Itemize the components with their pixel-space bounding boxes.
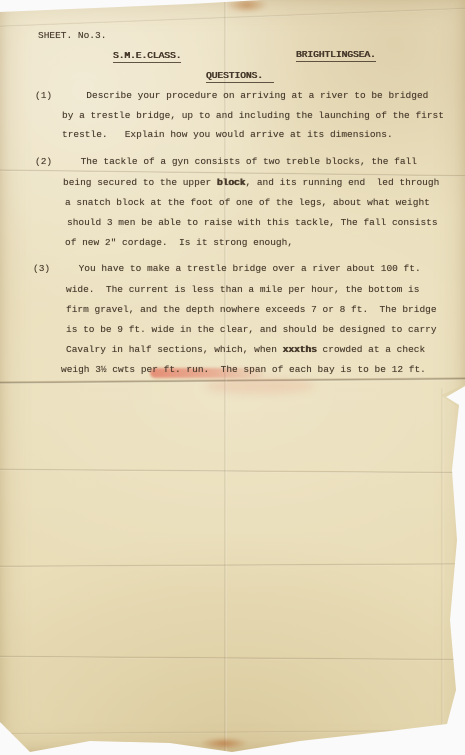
class-heading: S.M.E.CLASS.	[113, 50, 181, 62]
question-1-line-2: by a trestle bridge, up to and including…	[62, 110, 444, 122]
question-3-line-4: is to be 9 ft. wide in the clear, and sh…	[66, 324, 437, 336]
underlined-text: QUESTIONS.	[206, 70, 274, 83]
paper-sheet: SHEET. No.3.S.M.E.CLASS.BRIGHTLINGSEA.QU…	[0, 0, 465, 755]
text-segment: crowded at a check	[317, 344, 425, 355]
underlined-text: S.M.E.CLASS.	[113, 50, 181, 63]
red-pencil-smudge	[205, 378, 315, 394]
question-2-line-2: being secured to the upper block, and it…	[63, 177, 439, 189]
fold-crease-4	[0, 563, 465, 568]
text-segment: wide. The current is less than a mile pe…	[66, 284, 419, 295]
text-segment: , and its running end led through	[245, 177, 439, 188]
question-2-line-4: should 3 men be able to raise with this …	[67, 217, 438, 229]
text-segment: (2) The tackle of a gyn consists of two …	[35, 156, 417, 167]
question-2-line-5: of new 2" cordage. Is it strong enough,	[65, 237, 293, 249]
stain-bottom	[200, 737, 248, 750]
question-2-line-3: a snatch block at the foot of one of the…	[65, 197, 430, 209]
questions-heading: QUESTIONS.	[206, 70, 274, 82]
fold-crease-1	[0, 169, 465, 177]
text-segment: is to be 9 ft. wide in the clear, and sh…	[66, 324, 437, 335]
text-segment: by a trestle bridge, up to and including…	[62, 110, 444, 121]
question-3-line-2: wide. The current is less than a mile pe…	[66, 284, 419, 296]
fold-crease-5	[0, 655, 465, 660]
text-segment: (3) You have to make a trestle bridge ov…	[33, 263, 421, 274]
text-segment: (1) Describe your procedure on arriving …	[35, 90, 428, 101]
underlined-text: BRIGHTLINGSEA.	[296, 49, 376, 62]
fold-crease-6	[0, 729, 465, 734]
text-segment: Cavalry in half sections, which, when	[66, 344, 283, 355]
torn-corner-fold	[441, 384, 465, 412]
sheet-label: SHEET. No.3.	[38, 30, 106, 42]
question-2-line-1: (2) The tackle of a gyn consists of two …	[35, 156, 417, 168]
question-3-line-3: firm gravel, and the depth nowhere excee…	[66, 304, 437, 316]
fold-crease-vertical-right	[441, 388, 444, 728]
text-segment: should 3 men be able to raise with this …	[67, 217, 438, 228]
text-segment: SHEET. No.3.	[38, 30, 106, 41]
question-3-line-6: weigh 3½ cwts per ft. run. The span of e…	[61, 364, 426, 376]
stain-top	[226, 0, 268, 13]
question-3-line-5: Cavalry in half sections, which, when xx…	[66, 344, 425, 356]
text-segment: a snatch block at the foot of one of the…	[65, 197, 430, 208]
text-segment: of new 2" cordage. Is it strong enough,	[65, 237, 293, 248]
question-3-line-1: (3) You have to make a trestle bridge ov…	[33, 263, 421, 275]
text-segment: weigh 3½ cwts per ft. run. The span of e…	[61, 364, 426, 375]
text-segment: trestle. Explain how you would arrive at…	[62, 129, 393, 140]
text-segment: firm gravel, and the depth nowhere excee…	[66, 304, 437, 315]
question-1-line-3: trestle. Explain how you would arrive at…	[62, 129, 393, 141]
overstruck-text: xxxths	[283, 344, 317, 355]
fold-crease-3	[0, 468, 465, 473]
location-heading: BRIGHTLINGSEA.	[296, 49, 376, 61]
text-segment: being secured to the upper	[63, 177, 217, 188]
overstruck-text: block	[217, 177, 246, 188]
question-1-line-1: (1) Describe your procedure on arriving …	[35, 90, 428, 102]
